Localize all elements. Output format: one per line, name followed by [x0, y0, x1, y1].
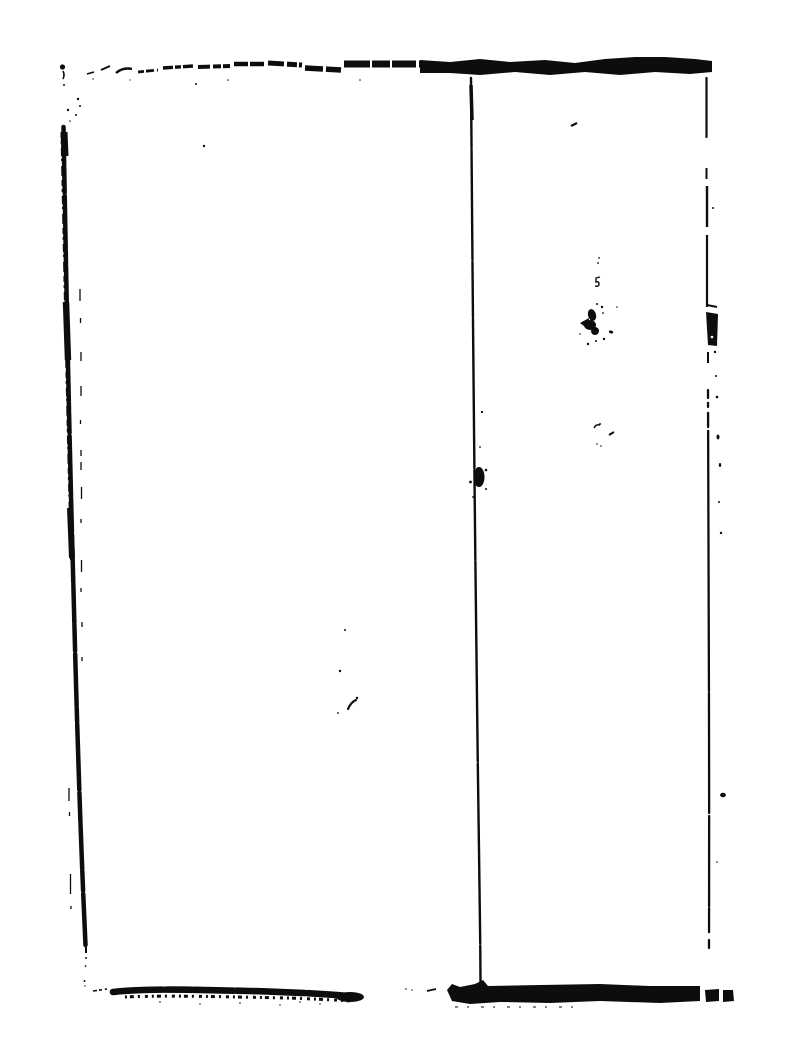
ink-specks [203, 123, 614, 714]
center-gutter-rule [469, 78, 487, 982]
bottom-left-smear [93, 989, 364, 1006]
bottom-right-bar [405, 980, 734, 1007]
top-border-smear [87, 57, 712, 85]
ink-blot [579, 303, 618, 345]
scan-artifacts-layer [0, 0, 792, 1046]
scanned-page [0, 0, 792, 1046]
right-margin-rule [706, 78, 726, 948]
left-border-rule [60, 64, 87, 986]
